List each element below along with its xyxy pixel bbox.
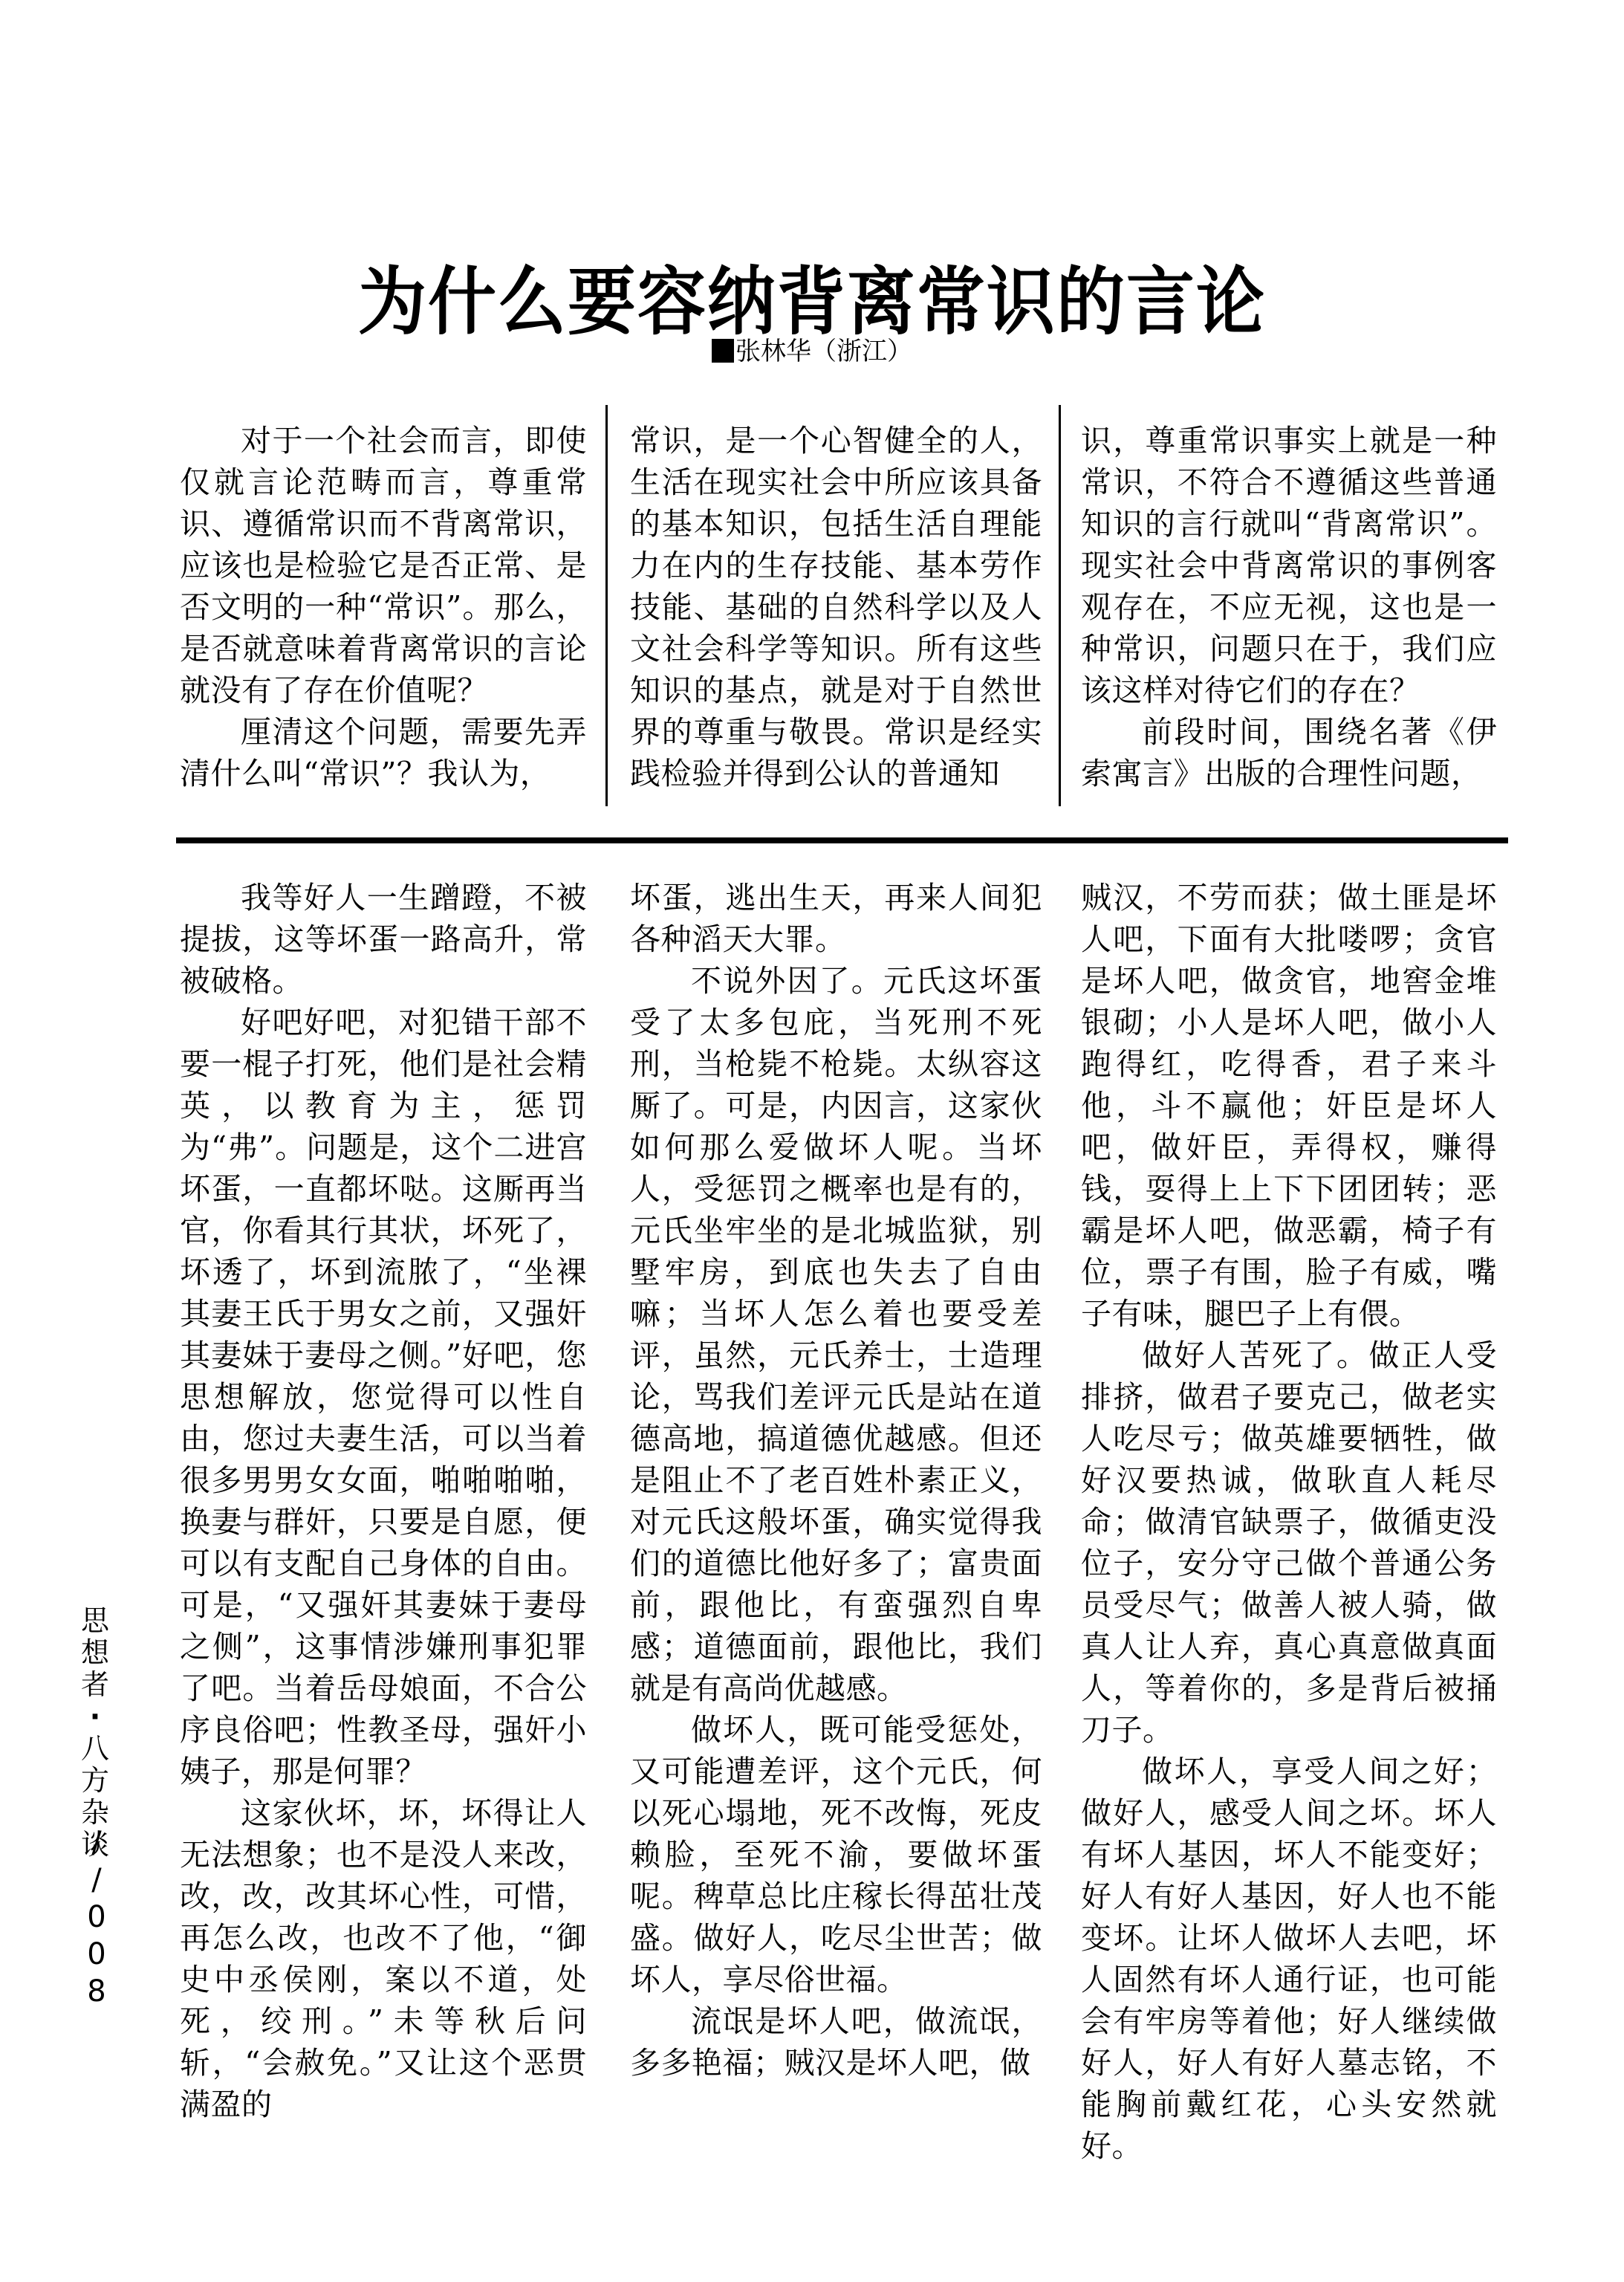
section-label-vertical: 思 想 者 · 八 方 杂 谈 (77, 1605, 113, 1861)
paragraph: 贼汉，不劳而获；做土匪是坏人吧，下面有大批喽啰；贪官是坏人吧，做贪官，地窖金堆银… (1081, 877, 1497, 1335)
page-char: 0 (82, 1936, 111, 1973)
label-char: 八 (77, 1733, 113, 1765)
page-char: 0 (82, 1899, 111, 1936)
paragraph: 前段时间，围绕名著《伊索寓言》出版的合理性问题， (1081, 711, 1497, 794)
label-char: 想 (77, 1637, 113, 1669)
paragraph: 对于一个社会而言，即使仅就言论范畴而言，尊重常识、遵循常识而不背离常识，应该也是… (180, 420, 587, 711)
bottom-column-2: 坏蛋，逃出生天，再来人间犯各种滔天大罪。 不说外因了。元氏这坏蛋受了太多包庇，当… (630, 877, 1042, 2185)
paragraph: 厘清这个问题，需要先弄清什么叫“常识”？我认为， (180, 711, 587, 794)
page-number-vertical: / / 0 0 8 (82, 1824, 111, 2010)
paragraph: 识，尊重常识事实上就是一种常识，不符合不遵循这些普通知识的言行就叫“背离常识”。… (1081, 420, 1497, 711)
paragraph: 这家伙坏，坏，坏得让人无法想象；也不是没人来改，改，改，改其坏心性，可惜，再怎么… (180, 1792, 587, 2125)
paragraph: 不说外因了。元氏这坏蛋受了太多包庇，当死刑不死刑，当枪毙不枪毙。太纵容这厮了。可… (630, 960, 1042, 1709)
section-separator-rule (176, 837, 1508, 843)
paragraph: 坏蛋，逃出生天，再来人间犯各种滔天大罪。 (630, 877, 1042, 960)
byline: 张林华（浙江） (0, 333, 1624, 370)
paragraph: 流氓是坏人吧，做流氓，多多艳福；贼汉是坏人吧，做 (630, 2000, 1042, 2084)
page-char: 8 (82, 1973, 111, 2010)
paragraph: 做坏人，既可能受惩处，又可能遭差评，这个元氏，何以死心塌地，死不改悔，死皮赖脸，… (630, 1709, 1042, 2000)
page-char: / (82, 1861, 111, 1899)
paragraph: 常识，是一个心智健全的人，生活在现实社会中所应该具备的基本知识，包括生活自理能力… (630, 420, 1042, 794)
top-column-3: 识，尊重常识事实上就是一种常识，不符合不遵循这些普通知识的言行就叫“背离常识”。… (1081, 420, 1497, 806)
author-name: 张林华（浙江） (735, 337, 912, 366)
bottom-column-3: 贼汉，不劳而获；做土匪是坏人吧，下面有大批喽啰；贪官是坏人吧，做贪官，地窖金堆银… (1081, 877, 1497, 2185)
label-char: 方 (77, 1765, 113, 1797)
paragraph: 做好人苦死了。做正人受排挤，做君子要克己，做老实人吃尽亏；做英雄要牺牲，做好汉要… (1081, 1335, 1497, 1751)
page-char: / (82, 1824, 111, 1861)
byline-square-icon (712, 339, 734, 363)
label-char: · (77, 1701, 113, 1733)
label-char: 者 (77, 1669, 113, 1701)
paragraph: 做坏人，享受人间之好；做好人，感受人间之坏。坏人有坏人基因，坏人不能变好；好人有… (1081, 1751, 1497, 2167)
column-divider (605, 405, 608, 806)
column-divider (1059, 405, 1061, 806)
bottom-column-1: 我等好人一生蹭蹬，不被提拔，这等坏蛋一路高升，常被破格。 好吧好吧，对犯错干部不… (180, 877, 587, 2185)
paragraph: 我等好人一生蹭蹬，不被提拔，这等坏蛋一路高升，常被破格。 (180, 877, 587, 1002)
paragraph: 好吧好吧，对犯错干部不要一棍子打死，他们是社会精英，以教育为主，惩罚为“弗”。问… (180, 1002, 587, 1792)
label-char: 思 (77, 1605, 113, 1637)
top-column-1: 对于一个社会而言，即使仅就言论范畴而言，尊重常识、遵循常识而不背离常识，应该也是… (180, 420, 587, 806)
top-column-2: 常识，是一个心智健全的人，生活在现实社会中所应该具备的基本知识，包括生活自理能力… (630, 420, 1042, 806)
